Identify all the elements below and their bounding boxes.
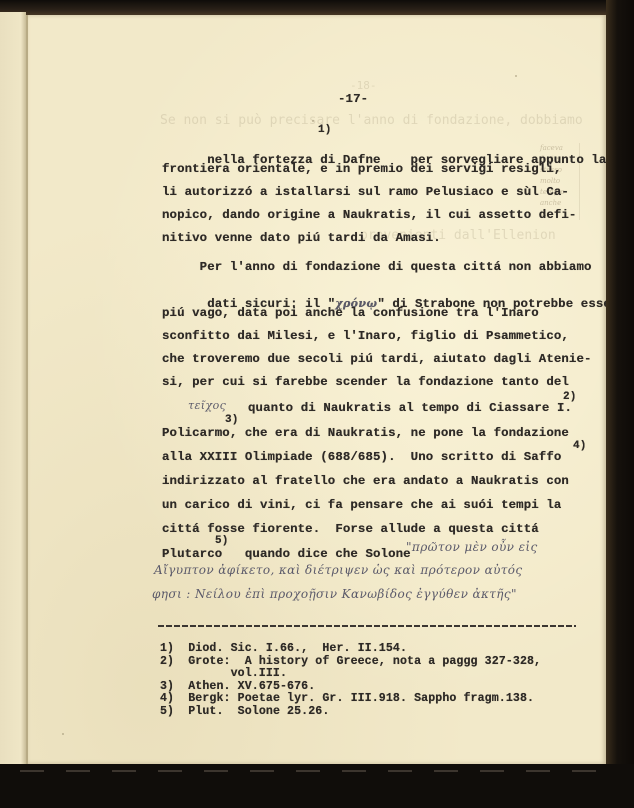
- text-line: quanto di Naukratis al tempo di Ciassare…: [248, 401, 572, 415]
- footnote-separator: [158, 625, 576, 627]
- scanned-document: -18- Se non si può precisare l'anno di f…: [0, 0, 634, 808]
- text-line: piú vago, data poi anche la confusione t…: [162, 306, 539, 320]
- text-line: Plutarco quando dice che Solone: [162, 547, 411, 561]
- handwritten-greek-quote: Αἴγυπτον ἀφίκετο, καὶ διέτριψεν ὡς καὶ π…: [154, 563, 523, 577]
- text-line: li autorizzó a istallarsi sul ramo Pelus…: [162, 185, 569, 199]
- text-line: frontiera orientale, e in premio dei ser…: [162, 162, 561, 176]
- footnote-number: 5): [160, 705, 174, 718]
- text-line: indirizzato al fratello che era andato a…: [162, 474, 569, 488]
- text-line: alla XXIII Olimpiade (688/685). Uno scri…: [162, 450, 561, 464]
- text-line: un carico di vini, ci fa pensare che ai …: [162, 498, 561, 512]
- footnote-number: 4): [160, 692, 174, 705]
- footnote-text: Diod. Sic. I.66., Her. II.154.: [188, 642, 407, 655]
- footnote-number: 1): [160, 642, 174, 655]
- footnote-marker: 3): [225, 414, 238, 426]
- footnote-marker: 1): [318, 124, 331, 136]
- footnote-4: 4) Bergk: Poetae lyr. Gr. III.918. Sapph…: [160, 693, 534, 705]
- footnote-5: 5) Plut. Solone 25.26.: [160, 706, 329, 718]
- paper-speck: [515, 75, 517, 77]
- paper-speck: [62, 733, 64, 735]
- bleed-through-page-number: -18-: [350, 79, 377, 92]
- binding-top-edge: [0, 0, 634, 16]
- text-line: cittá fosse fiorente. Forse allude a que…: [162, 522, 539, 536]
- text-line: si, per cui si farebbe scender la fondaz…: [162, 375, 569, 389]
- footnote-text: Bergk: Poetae lyr. Gr. III.918. Sappho f…: [188, 692, 534, 705]
- binding-right-edge: [606, 0, 634, 808]
- handwritten-greek-quote: "πρῶτον μὲν οὖν εἰς: [406, 540, 538, 554]
- handwritten-greek-quote: φησι : Νείλου ἐπὶ προχοῇσιν Κανωβίδος ἐγ…: [152, 587, 517, 601]
- text-line: nopico, dando origine a Naukratis, il cu…: [162, 208, 576, 222]
- footnote-2-continued: vol.III.: [160, 668, 287, 680]
- text-line: Per l'anno di fondazione di questa cittá…: [162, 260, 592, 274]
- footnote-text: Plut. Solone 25.26.: [188, 705, 329, 718]
- page-number: -17-: [338, 92, 368, 106]
- handwritten-greek-word: τεῖχος: [188, 399, 226, 412]
- footnote-marker: 4): [573, 440, 586, 452]
- text-line: Policarmo, che era di Naukratis, ne pone…: [162, 426, 569, 440]
- footnote-1: 1) Diod. Sic. I.66., Her. II.154.: [160, 643, 407, 655]
- footnote-marker: 5): [215, 535, 228, 547]
- paper-speck: [312, 120, 314, 122]
- text-line: che troveremo due secoli piú tardi, aiut…: [162, 352, 592, 366]
- previous-page-edge: [0, 12, 26, 764]
- text-line: nitivo venne dato piú tardi da Amasi.: [162, 231, 441, 245]
- bleed-through-line: Se non si può precisare l'anno di fondaz…: [160, 113, 583, 128]
- bottom-dashed-edge: [20, 770, 610, 772]
- text-line: sconfitto dai Milesi, e l'Inaro, figlio …: [162, 329, 569, 343]
- footnote-text: vol.III.: [188, 667, 287, 680]
